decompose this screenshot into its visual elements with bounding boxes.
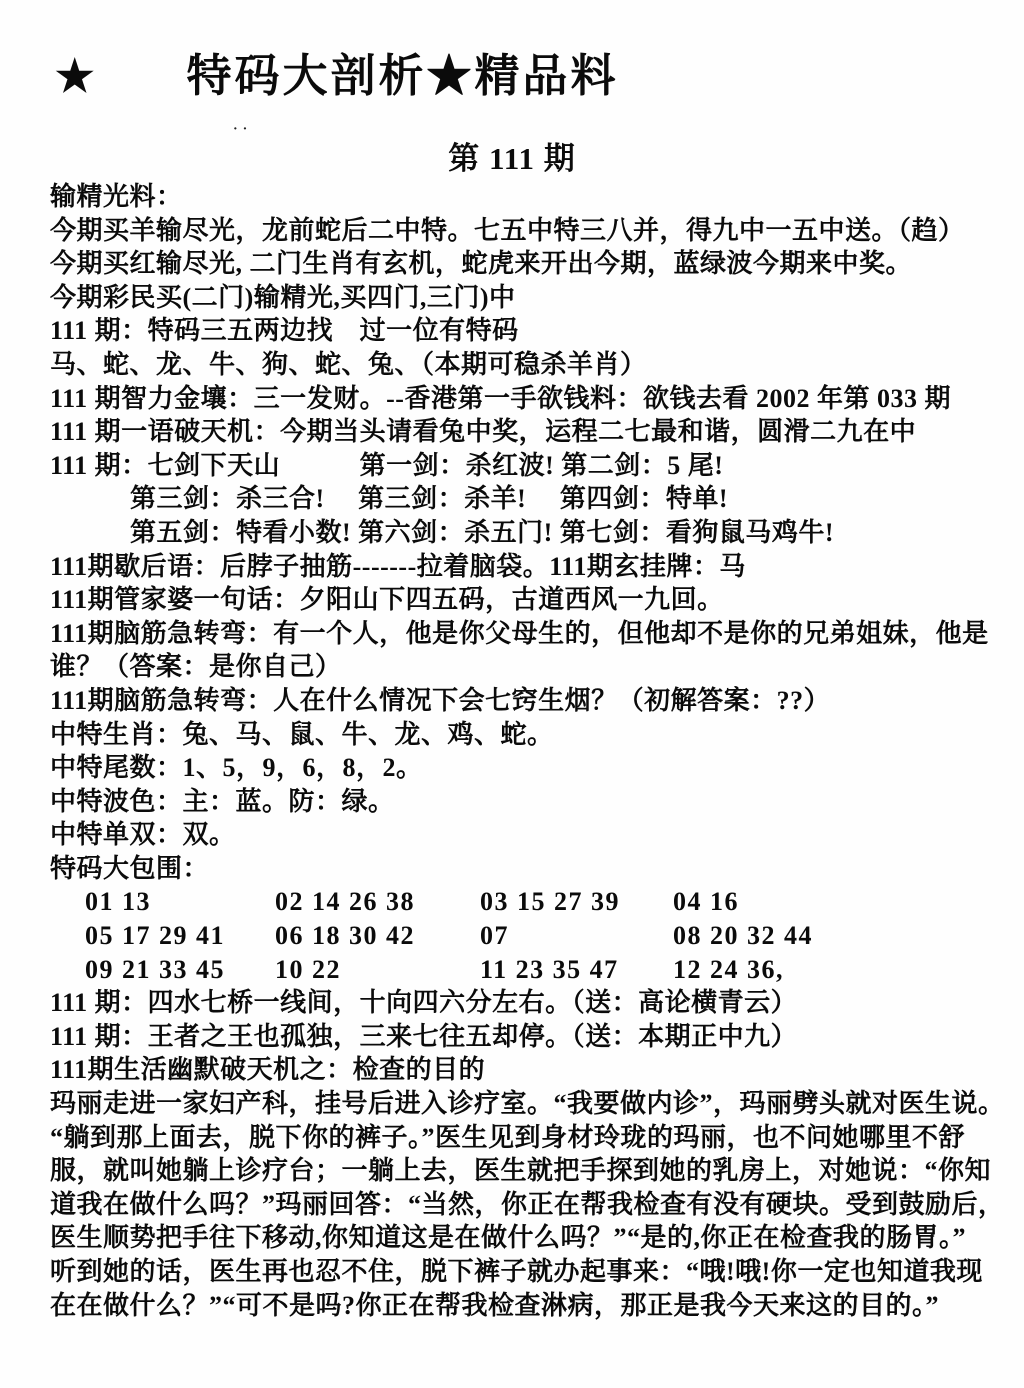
number-cell: 08 20 32 44 bbox=[673, 919, 813, 953]
star-icon: ★ bbox=[55, 55, 94, 99]
text-line: 111期管家婆一句话：夕阳山下四五码，古道西风一九回。 bbox=[50, 583, 990, 617]
text-line: 输精光料： bbox=[50, 180, 990, 214]
text-line: 111 期：四水七桥一线间，十向四六分左右。（送：高论横青云） bbox=[50, 986, 990, 1020]
text-line: 111期生活幽默破天机之：检查的目的 bbox=[50, 1053, 990, 1087]
text-line: 服，就叫她躺上诊疗台；一躺上去，医生就把手探到她的乳房上，对她说：“你知 bbox=[50, 1154, 990, 1188]
number-cell: 02 14 26 38 bbox=[275, 885, 480, 919]
number-cell: 04 16 bbox=[673, 885, 739, 919]
number-cell: 01 13 bbox=[85, 885, 275, 919]
number-cell: 05 17 29 41 bbox=[85, 919, 275, 953]
text-line: 111期脑筋急转弯：有一个人，他是你父母生的，但他却不是你的兄弟姐妹，他是 bbox=[50, 617, 990, 651]
text-line: 111 期：特码三五两边找 过一位有特码 bbox=[50, 314, 990, 348]
text-line: 今期买红输尽光, 二门生肖有玄机，蛇虎来开出今期，蓝绿波今期来中奖。 bbox=[50, 247, 990, 281]
text-line: 在在做什么？”“可不是吗?你正在帮我检查淋病，那正是我今天来这的目的。” bbox=[50, 1289, 990, 1323]
number-cell: 12 24 36, bbox=[673, 953, 784, 987]
text-line: 中特波色：主：蓝。防：绿。 bbox=[50, 785, 990, 819]
number-cell: 06 18 30 42 bbox=[275, 919, 480, 953]
text-line: 今期买羊输尽光，龙前蛇后二中特。七五中特三八并，得九中一五中送。（趋） bbox=[50, 214, 990, 248]
number-cell: 03 15 27 39 bbox=[480, 885, 673, 919]
text-line: 111期脑筋急转弯：人在什么情况下会七窍生烟？（初解答案：??） bbox=[50, 684, 990, 718]
text-line: 中特尾数：1、5，9，6，8，2。 bbox=[50, 751, 990, 785]
text-line: 中特生肖：兔、马、鼠、牛、龙、鸡、蛇。 bbox=[50, 718, 990, 752]
text-line: 第三剑：杀三合! 第三剑：杀羊! 第四剑：特单! bbox=[50, 482, 990, 516]
number-grid-row: 05 17 29 4106 18 30 420708 20 32 44 bbox=[50, 919, 990, 953]
number-cell: 11 23 35 47 bbox=[480, 953, 673, 987]
number-cell: 09 21 33 45 bbox=[85, 953, 275, 987]
text-line: 111 期一语破天机：今期当头请看兔中奖，运程二七最和谐，圆滑二九在中 bbox=[50, 415, 990, 449]
text-line: 111 期：王者之王也孤独，三来七往五却停。（送：本期正中九） bbox=[50, 1020, 990, 1054]
text-line: 今期彩民买(二门)输精光,买四门,三门)中 bbox=[50, 281, 990, 315]
document-body: 输精光料：今期买羊输尽光，龙前蛇后二中特。七五中特三八并，得九中一五中送。（趋）… bbox=[50, 180, 990, 1322]
text-line: 马、蛇、龙、牛、狗、蛇、兔、（本期可稳杀羊肖） bbox=[50, 348, 990, 382]
text-line: 医生顺势把手往下移动,你知道这是在做什么吗？”“是的,你正在检查我的肠胃。” bbox=[50, 1221, 990, 1255]
issue-number: 第 111 期 bbox=[0, 133, 1024, 178]
number-cell: 10 22 bbox=[275, 953, 480, 987]
number-grid-row: 09 21 33 4510 2211 23 35 4712 24 36, bbox=[50, 953, 990, 987]
scanned-tip-sheet-page: ★ 特码大剖析★精品料 ·· 第 111 期 输精光料：今期买羊输尽光，龙前蛇后… bbox=[0, 0, 1024, 1388]
text-line: 中特单双：双。 bbox=[50, 818, 990, 852]
number-cell: 07 bbox=[480, 919, 673, 953]
text-line: 听到她的话，医生再也忍不住，脱下裤子就办起事来：“哦!哦!你一定也知道我现 bbox=[50, 1255, 990, 1289]
text-line: 111 期智力金壤：三一发财。--香港第一手欲钱料：欲钱去看 2002 年第 0… bbox=[50, 382, 990, 416]
number-grid-row: 01 1302 14 26 3803 15 27 3904 16 bbox=[50, 885, 990, 919]
text-line: 111期歇后语：后脖子抽筋-------拉着脑袋。111期玄挂牌：马 bbox=[50, 550, 990, 584]
text-line: 谁？（答案：是你自己） bbox=[50, 650, 990, 684]
page-title: 特码大剖析★精品料 bbox=[186, 52, 618, 102]
text-line: 道我在做什么吗？”玛丽回答：“当然，你正在帮我检查有没有硬块。受到鼓励后， bbox=[50, 1188, 990, 1222]
text-line: 第五剑：特看小数! 第六剑：杀五门! 第七剑：看狗鼠马鸡牛! bbox=[50, 516, 990, 550]
text-line: 玛丽走进一家妇产科，挂号后进入诊疗室。“我要做内诊”，玛丽劈头就对医生说。 bbox=[50, 1087, 990, 1121]
text-line: “躺到那上面去，脱下你的裤子。”医生见到身材玲珑的玛丽，也不问她哪里不舒 bbox=[50, 1121, 990, 1155]
text-line: 特码大包围： bbox=[50, 852, 990, 886]
title-row: ★ 特码大剖析★精品料 bbox=[55, 52, 618, 102]
text-line: 111 期：七剑下天山 第一剑：杀红波! 第二剑：5 尾! bbox=[50, 449, 990, 483]
